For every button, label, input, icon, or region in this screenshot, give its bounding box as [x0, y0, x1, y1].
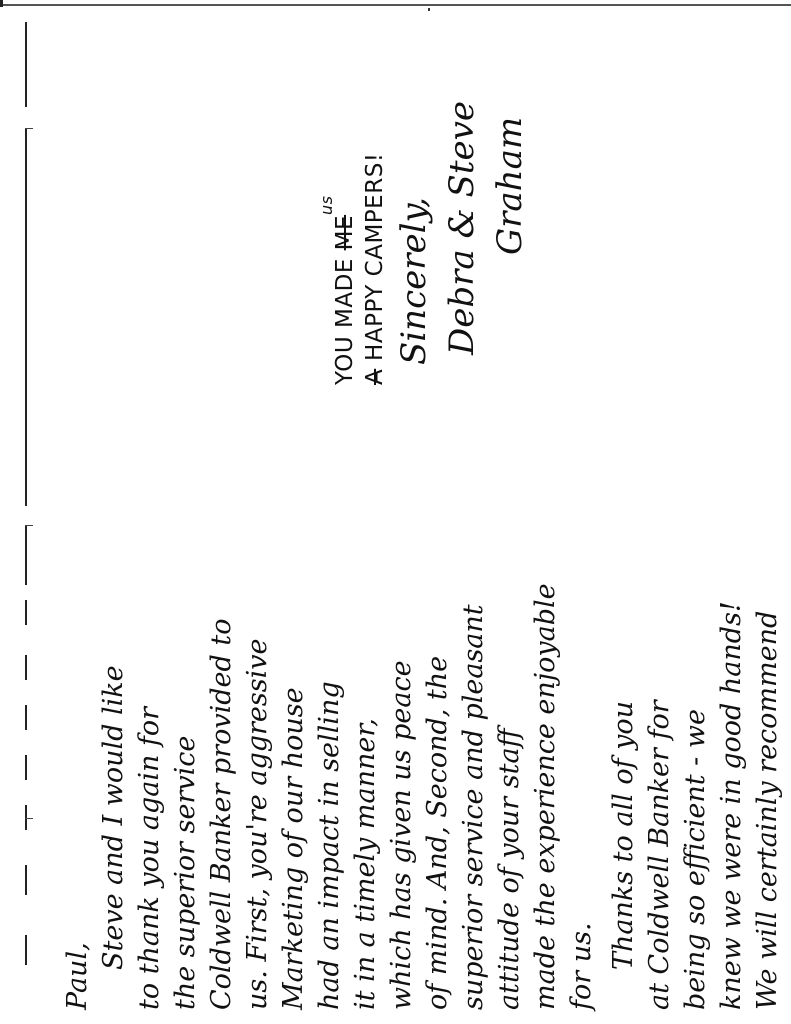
letter-line: We will certainly recommend: [750, 410, 786, 1010]
struck-word: ME: [332, 215, 358, 250]
letter-line: to thank you again for: [132, 410, 168, 1010]
letter-line: Steve and I would like: [96, 410, 132, 1010]
struck-letter: A: [362, 369, 388, 385]
margin-line: [25, 935, 27, 965]
letter-body: Paul, Steve and I would like to thank yo…: [60, 410, 791, 1010]
letter-line: attitude of your staff: [492, 410, 528, 1010]
margin-tick: [25, 525, 33, 526]
margin-line: [25, 600, 27, 625]
margin-tick: [25, 128, 33, 129]
letter-line: had an impact in selling: [312, 410, 348, 1010]
scan-speck: [428, 8, 430, 11]
margin-line: [25, 128, 27, 506]
letter-line: at Coldwell Banker for: [642, 410, 678, 1010]
margin-line: [25, 865, 27, 895]
margin-line: [25, 22, 27, 107]
letter-line: the superior service: [168, 410, 204, 1010]
valediction: Sincerely,: [390, 25, 438, 385]
letter-line: Thanks to all of you: [606, 410, 642, 1010]
letter-line: knew we were in good hands!: [714, 410, 750, 1010]
margin-line: [25, 755, 27, 780]
closing-line-1-text: YOU MADE: [332, 250, 358, 385]
scan-top-edge: [0, 4, 791, 6]
letter-line: for us.: [564, 410, 600, 1010]
letter-line: Coldwell Banker provided to: [204, 410, 240, 1010]
inserted-word: us: [312, 196, 342, 215]
closing-line-1: YOU MADE ME us: [330, 25, 360, 385]
letter-line: which has given us peace: [384, 410, 420, 1010]
letter-line: made the experience enjoyable: [528, 410, 564, 1010]
letter-line: being so efficient - we: [678, 410, 714, 1010]
margin-tick: [25, 818, 33, 819]
salutation: Paul,: [60, 410, 96, 1010]
letter-line: us. First, you're aggressive: [240, 410, 276, 1010]
letter-line: superior service and pleasant: [456, 410, 492, 1010]
letter-line: of mind. And, Second, the: [420, 410, 456, 1010]
margin-line: [25, 655, 27, 680]
letter-line: it in a timely manner,: [348, 410, 384, 1010]
signature-names: Debra & Steve: [438, 25, 486, 385]
closing-line-2-text: HAPPY CAMPERS!: [362, 152, 388, 368]
signature-surname: Graham: [486, 25, 534, 385]
closing-block: YOU MADE ME us A HAPPY CAMPERS! Sincerel…: [330, 25, 534, 385]
margin-line: [25, 525, 27, 585]
letter-line: Marketing of our house: [276, 410, 312, 1010]
margin-line: [25, 705, 27, 730]
closing-line-2: A HAPPY CAMPERS!: [360, 25, 390, 385]
letter-line: you, Paul, to anyone we know: [786, 410, 791, 1010]
